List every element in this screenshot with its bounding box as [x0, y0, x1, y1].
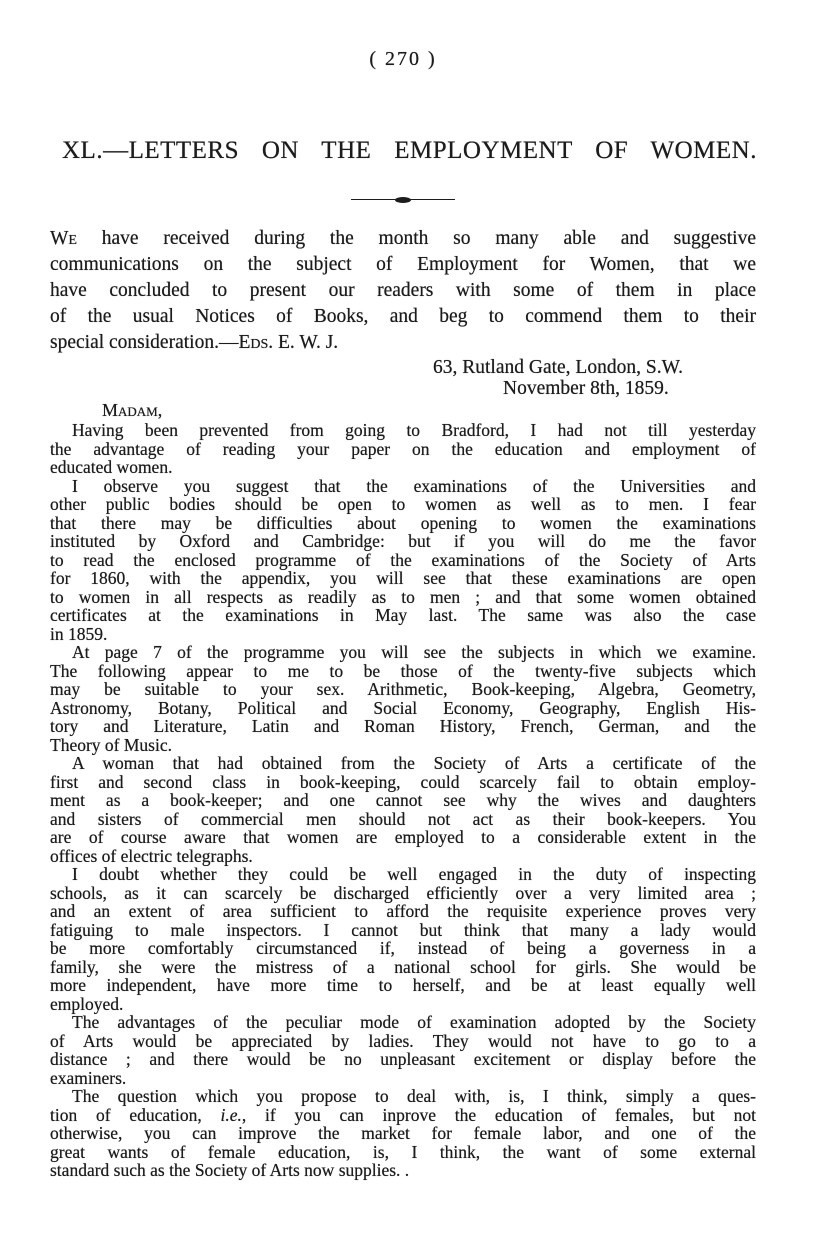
letter-body: Having been prevented from going to Brad…: [50, 421, 756, 1180]
address-line-1: 63, Rutland Gate, London, S.W.: [50, 357, 756, 378]
text-line: in 1859.: [50, 625, 756, 644]
text-line: of the usual Notices of Books, and beg t…: [50, 304, 756, 330]
editorial-note: We have received during the month so man…: [50, 226, 756, 356]
text-line: I doubt whether they could be well engag…: [50, 865, 756, 884]
text-line: otherwise, you can improve the market fo…: [50, 1124, 756, 1143]
text-line: I observe you suggest that the examinati…: [50, 477, 756, 496]
text-line: The advantages of the peculiar mode of e…: [50, 1013, 756, 1032]
text-line: tory and Literature, Latin and Roman His…: [50, 717, 756, 736]
text-line: fatiguing to male inspectors. I cannot b…: [50, 921, 756, 940]
text-line: The question which you propose to deal w…: [50, 1087, 756, 1106]
text-line: schools, as it can scarcely be discharge…: [50, 884, 756, 903]
text-line: to women in all respects as readily as t…: [50, 588, 756, 607]
text-span: E. W. J.: [273, 332, 338, 353]
text-line: tion of education, i.e., if you can inpr…: [50, 1106, 756, 1125]
text-line: for 1860, with the appendix, you will se…: [50, 569, 756, 588]
text-line: family, she were the mistress of a natio…: [50, 958, 756, 977]
document-page: ( 270 ) XL.—LETTERS ON THE EMPLOYMENT OF…: [0, 0, 815, 1249]
text-line: employed.: [50, 995, 756, 1014]
paragraph: A woman that had obtained from the Socie…: [50, 754, 756, 865]
text-line: instituted by Oxford and Cambridge: but …: [50, 532, 756, 551]
address-line-2: November 8th, 1859.: [50, 378, 756, 399]
article-title: XL.—LETTERS ON THE EMPLOYMENT OF WOMEN.: [62, 136, 757, 166]
text-line: ment as a book-keeper; and one cannot se…: [50, 791, 756, 810]
text-line: and sisters of commercial men should not…: [50, 810, 756, 829]
paragraph: The question which you propose to deal w…: [50, 1087, 756, 1180]
text-span: have received during the month so many a…: [77, 228, 756, 249]
text-line: great wants of female education, is, I t…: [50, 1143, 756, 1162]
text-line: distance ; and there would be no unpleas…: [50, 1050, 756, 1069]
italic-span: i.e.: [220, 1105, 241, 1125]
text-line: standard such as the Society of Arts now…: [50, 1161, 756, 1180]
page-number: ( 270 ): [50, 0, 756, 72]
text-line: and an extent of area sufficient to affo…: [50, 902, 756, 921]
rule-line-left: [351, 199, 397, 201]
text-line: Astronomy, Botany, Political and Social …: [50, 699, 756, 718]
text-line: of Arts would be appreciated by ladies. …: [50, 1032, 756, 1051]
text-line: certificates at the examinations in May …: [50, 606, 756, 625]
paragraph: I observe you suggest that the examinati…: [50, 477, 756, 644]
text-line: communications on the subject of Employm…: [50, 252, 756, 278]
text-line: At page 7 of the programme you will see …: [50, 643, 756, 662]
paragraph: At page 7 of the programme you will see …: [50, 643, 756, 754]
text-line: the advantage of reading your paper on t…: [50, 440, 756, 459]
text-line: more independent, have more time to hers…: [50, 976, 756, 995]
text-line: examiners.: [50, 1069, 756, 1088]
paragraph: Having been prevented from going to Brad…: [50, 421, 756, 477]
text-line: that there may be difficulties about ope…: [50, 514, 756, 533]
smallcaps-span: We: [50, 228, 77, 249]
smallcaps-span: Eds.: [238, 332, 273, 353]
text-line: may be suitable to your sex. Arithmetic,…: [50, 680, 756, 699]
text-span: , if you can inprove the education of fe…: [242, 1105, 756, 1125]
text-line: other public bodies should be open to wo…: [50, 495, 756, 514]
paragraph: The advantages of the peculiar mode of e…: [50, 1013, 756, 1087]
text-line: are of course aware that women are emplo…: [50, 828, 756, 847]
text-column: ( 270 ) XL.—LETTERS ON THE EMPLOYMENT OF…: [50, 0, 756, 1180]
text-line: to read the enclosed programme of the ex…: [50, 551, 756, 570]
text-line: special consideration.—Eds. E. W. J.: [50, 330, 756, 356]
text-line: have concluded to present our readers wi…: [50, 278, 756, 304]
text-line: We have received during the month so man…: [50, 226, 756, 252]
text-span: tion of education,: [50, 1105, 220, 1125]
rule-line-right: [409, 199, 455, 201]
text-line: be more comfortably circumstanced if, in…: [50, 939, 756, 958]
text-span: special consideration.—: [50, 332, 238, 353]
paragraph: I doubt whether they could be well engag…: [50, 865, 756, 1013]
text-line: The following appear to me to be those o…: [50, 662, 756, 681]
text-line: offices of electric telegraphs.: [50, 847, 756, 866]
text-line: educated women.: [50, 458, 756, 477]
letter-address: 63, Rutland Gate, London, S.W. November …: [50, 357, 756, 399]
decorative-rule: [351, 196, 455, 203]
text-line: Theory of Music.: [50, 736, 756, 755]
salutation: Madam,: [50, 399, 756, 421]
text-line: Having been prevented from going to Brad…: [50, 421, 756, 440]
text-line: A woman that had obtained from the Socie…: [50, 754, 756, 773]
text-line: first and second class in book-keeping, …: [50, 773, 756, 792]
